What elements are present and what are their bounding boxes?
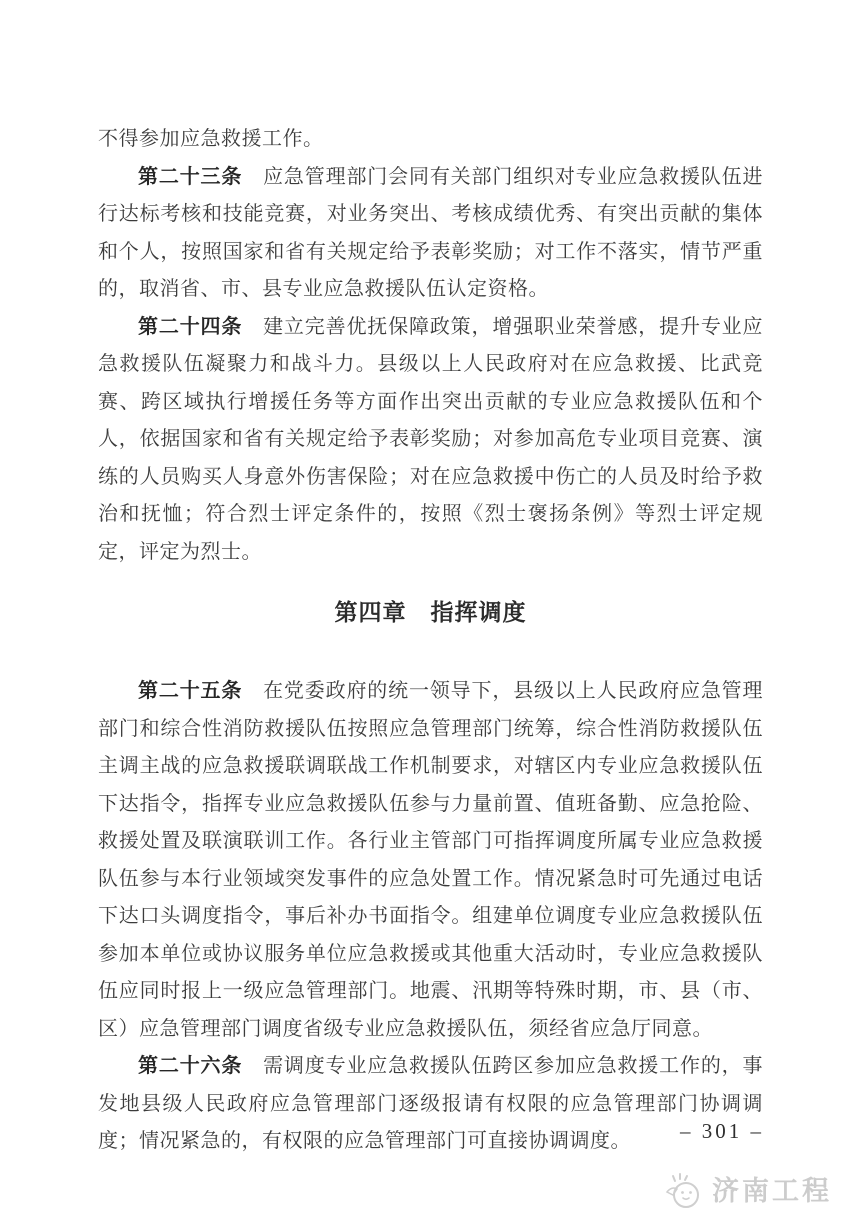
para-article-24: 第二十四条 建立完善优抚保障政策，增强职业荣誉感，提升专业应急救援队伍凝聚力和战… bbox=[98, 309, 763, 572]
watermark: 济南工程 bbox=[664, 1170, 832, 1212]
document-page: 不得参加应急救援工作。 第二十三条 应急管理部门会同有关部门组织对专业应急救援队… bbox=[0, 0, 856, 1225]
article-25-text: 在党委政府的统一领导下，县级以上人民政府应急管理部门和综合性消防救援队伍按照应急… bbox=[98, 680, 763, 1040]
watermark-label: 济南工程 bbox=[712, 1171, 832, 1211]
jinan-gongcheng-logo-icon bbox=[664, 1170, 706, 1212]
page-body-text: 不得参加应急救援工作。 第二十三条 应急管理部门会同有关部门组织对专业应急救援队… bbox=[98, 121, 763, 1161]
article-24-number: 第二十四条 bbox=[138, 316, 242, 338]
page-number: – 301 – bbox=[680, 1119, 764, 1143]
article-24-text: 建立完善优抚保障政策，增强职业荣誉感，提升专业应急救援队伍凝聚力和战斗力。县级以… bbox=[98, 316, 763, 563]
chapter-heading: 第四章 指挥调度 bbox=[98, 593, 763, 631]
para-article-23: 第二十三条 应急管理部门会同有关部门组织对专业应急救援队伍进行达标考核和技能竞赛… bbox=[98, 159, 763, 309]
article-25-number: 第二十五条 bbox=[138, 680, 242, 702]
para-continuation: 不得参加应急救援工作。 bbox=[98, 121, 763, 159]
para-continuation-text: 不得参加应急救援工作。 bbox=[98, 128, 324, 150]
article-23-number: 第二十三条 bbox=[138, 166, 242, 188]
para-article-25: 第二十五条 在党委政府的统一领导下，县级以上人民政府应急管理部门和综合性消防救援… bbox=[98, 673, 763, 1048]
para-article-26: 第二十六条 需调度专业应急救援队伍跨区参加应急救援工作的，事发地县级人民政府应急… bbox=[98, 1048, 763, 1161]
article-26-number: 第二十六条 bbox=[138, 1055, 242, 1077]
